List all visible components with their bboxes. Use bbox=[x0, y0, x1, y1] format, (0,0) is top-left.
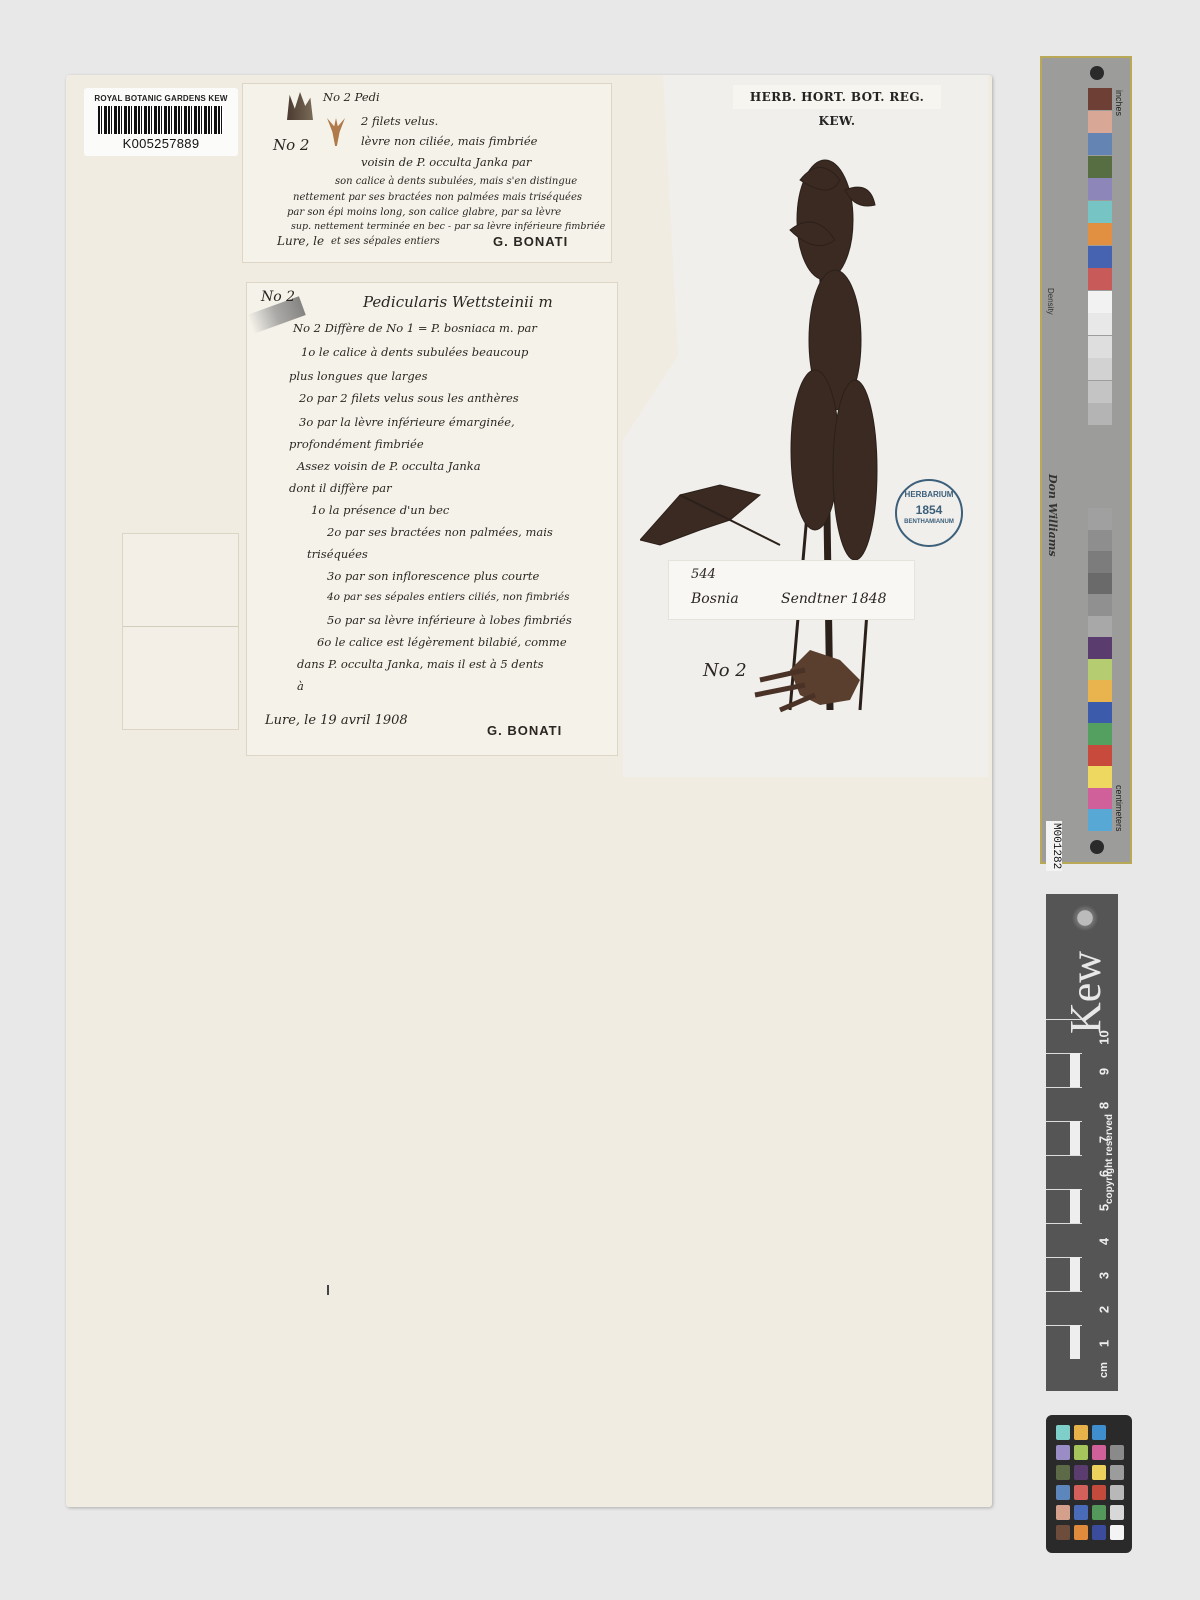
herbarium-stamp: HERBARIUM 1854 BENTHAMIANUM bbox=[895, 479, 963, 547]
kew-logo: Kew bbox=[1060, 951, 1111, 1034]
color-swatch bbox=[1088, 594, 1112, 616]
color-swatch bbox=[1088, 573, 1112, 595]
color-swatch bbox=[1088, 156, 1112, 178]
signature: G. BONATI bbox=[487, 723, 562, 738]
scale-tick-label: 9 bbox=[1097, 1060, 1112, 1084]
color-swatch bbox=[1088, 201, 1112, 223]
scale-divider bbox=[1046, 1087, 1082, 1088]
scale-tick-label: 7 bbox=[1097, 1128, 1112, 1152]
color-swatch bbox=[1088, 313, 1112, 335]
scale-segment bbox=[1070, 1257, 1080, 1291]
scale-segment bbox=[1070, 1325, 1080, 1359]
registration-dot bbox=[1090, 840, 1104, 854]
pencil-mark bbox=[327, 1285, 329, 1295]
color-swatch bbox=[1088, 88, 1112, 110]
color-swatch bbox=[1088, 403, 1112, 425]
checker-cell bbox=[1110, 1425, 1124, 1440]
calyx-sketch-icon bbox=[327, 118, 345, 146]
scale-segment bbox=[1070, 1053, 1080, 1087]
scale-segment bbox=[1070, 1189, 1080, 1223]
checker-cell bbox=[1074, 1505, 1088, 1520]
checker-cell bbox=[1110, 1485, 1124, 1500]
color-swatch bbox=[1088, 766, 1112, 788]
color-swatch bbox=[1088, 246, 1112, 268]
checker-cell bbox=[1056, 1425, 1070, 1440]
color-swatch bbox=[1088, 551, 1112, 573]
barcode-number: K005257889 bbox=[84, 136, 238, 151]
color-swatch bbox=[1088, 111, 1112, 133]
color-swatch bbox=[1088, 268, 1112, 290]
kew-scale-bar: Kew copyright reserved 12345678910 cm bbox=[1046, 894, 1118, 1391]
scale-divider bbox=[1046, 1291, 1082, 1292]
collector: Sendtner 1848 bbox=[781, 591, 887, 607]
signature: G. BONATI bbox=[493, 234, 568, 249]
color-swatch bbox=[1088, 702, 1112, 724]
checker-cell bbox=[1056, 1465, 1070, 1480]
scale-tick-label: 2 bbox=[1097, 1298, 1112, 1322]
checker-cell bbox=[1056, 1525, 1070, 1540]
color-swatch bbox=[1088, 133, 1112, 155]
color-swatch bbox=[1088, 637, 1112, 659]
color-swatch bbox=[1088, 616, 1112, 638]
checker-cell bbox=[1092, 1445, 1106, 1460]
color-swatch bbox=[1088, 336, 1112, 358]
note-date: Lure, le 19 avril 1908 bbox=[265, 713, 408, 728]
checker-cell bbox=[1074, 1485, 1088, 1500]
scale-tick-label: 3 bbox=[1097, 1264, 1112, 1288]
checker-cell bbox=[1092, 1425, 1106, 1440]
herbarium-label: HERB. HORT. BOT. REG. KEW. bbox=[733, 85, 941, 109]
color-swatch bbox=[1088, 508, 1112, 530]
barcode-label: ROYAL BOTANIC GARDENS KEW K005257889 bbox=[84, 88, 238, 156]
color-calibration-bar: inches Density Don Williams M001282 cent… bbox=[1040, 56, 1132, 864]
note-card-1: No 2 No 2 Pedi 2 filets velus. lèvre non… bbox=[242, 83, 612, 263]
collection-number: 544 bbox=[691, 567, 716, 582]
kew-crest-icon bbox=[1070, 902, 1100, 934]
institution-name: ROYAL BOTANIC GARDENS KEW bbox=[84, 94, 238, 103]
color-swatch bbox=[1088, 723, 1112, 745]
scale-tick-label: 8 bbox=[1097, 1094, 1112, 1118]
color-swatch bbox=[1088, 659, 1112, 681]
registration-dot bbox=[1090, 66, 1104, 80]
color-swatch bbox=[1088, 680, 1112, 702]
color-swatch bbox=[1088, 809, 1112, 831]
checker-cell bbox=[1110, 1525, 1124, 1540]
scale-tick-label: 10 bbox=[1097, 1026, 1112, 1050]
scale-divider bbox=[1046, 1223, 1082, 1224]
scale-unit: cm bbox=[1098, 1358, 1110, 1382]
pressed-plant-specimen bbox=[640, 150, 930, 750]
collection-locality: Bosnia bbox=[691, 591, 739, 607]
checker-cell bbox=[1092, 1485, 1106, 1500]
color-swatch bbox=[1088, 358, 1112, 380]
checker-cell bbox=[1074, 1465, 1088, 1480]
flower-sketch-icon bbox=[287, 92, 313, 120]
checker-cell bbox=[1074, 1445, 1088, 1460]
note-card-2: No 2 Pedicularis Wettsteinii m No 2 Diff… bbox=[246, 282, 618, 756]
color-swatch bbox=[1088, 745, 1112, 767]
checker-cell bbox=[1110, 1465, 1124, 1480]
checker-cell bbox=[1092, 1505, 1106, 1520]
scale-tick-label: 6 bbox=[1097, 1162, 1112, 1186]
scale-tick-label: 4 bbox=[1097, 1230, 1112, 1254]
margin-mark: No 2 bbox=[273, 136, 309, 154]
color-swatch bbox=[1088, 788, 1112, 810]
checker-cell bbox=[1056, 1505, 1070, 1520]
checker-cell bbox=[1074, 1525, 1088, 1540]
checker-cell bbox=[1074, 1425, 1088, 1440]
checker-cell bbox=[1110, 1445, 1124, 1460]
scale-segment bbox=[1070, 1121, 1080, 1155]
scale-divider bbox=[1046, 1155, 1082, 1156]
color-bar-id: M001282 bbox=[1046, 821, 1062, 871]
species-title: Pedicularis Wettsteinii m bbox=[363, 293, 553, 311]
scale-tick-label: 1 bbox=[1097, 1332, 1112, 1356]
barcode-icon bbox=[98, 106, 224, 134]
color-swatch bbox=[1088, 291, 1112, 313]
collection-label: 544 Bosnia Sendtner 1848 bbox=[668, 560, 915, 620]
checker-cell bbox=[1056, 1445, 1070, 1460]
checker-cell bbox=[1056, 1485, 1070, 1500]
envelope-flap bbox=[123, 534, 238, 627]
color-checker-card bbox=[1046, 1415, 1132, 1553]
scale-divider bbox=[1046, 1019, 1082, 1020]
color-swatch bbox=[1088, 381, 1112, 403]
fragment-envelope bbox=[122, 533, 239, 730]
color-swatch bbox=[1088, 223, 1112, 245]
checker-cell bbox=[1092, 1525, 1106, 1540]
scale-tick-label: 5 bbox=[1097, 1196, 1112, 1220]
specimen-mark: No 2 bbox=[703, 660, 747, 681]
checker-cell bbox=[1092, 1465, 1106, 1480]
color-swatch bbox=[1088, 178, 1112, 200]
checker-cell bbox=[1110, 1505, 1124, 1520]
color-swatch bbox=[1088, 530, 1112, 552]
